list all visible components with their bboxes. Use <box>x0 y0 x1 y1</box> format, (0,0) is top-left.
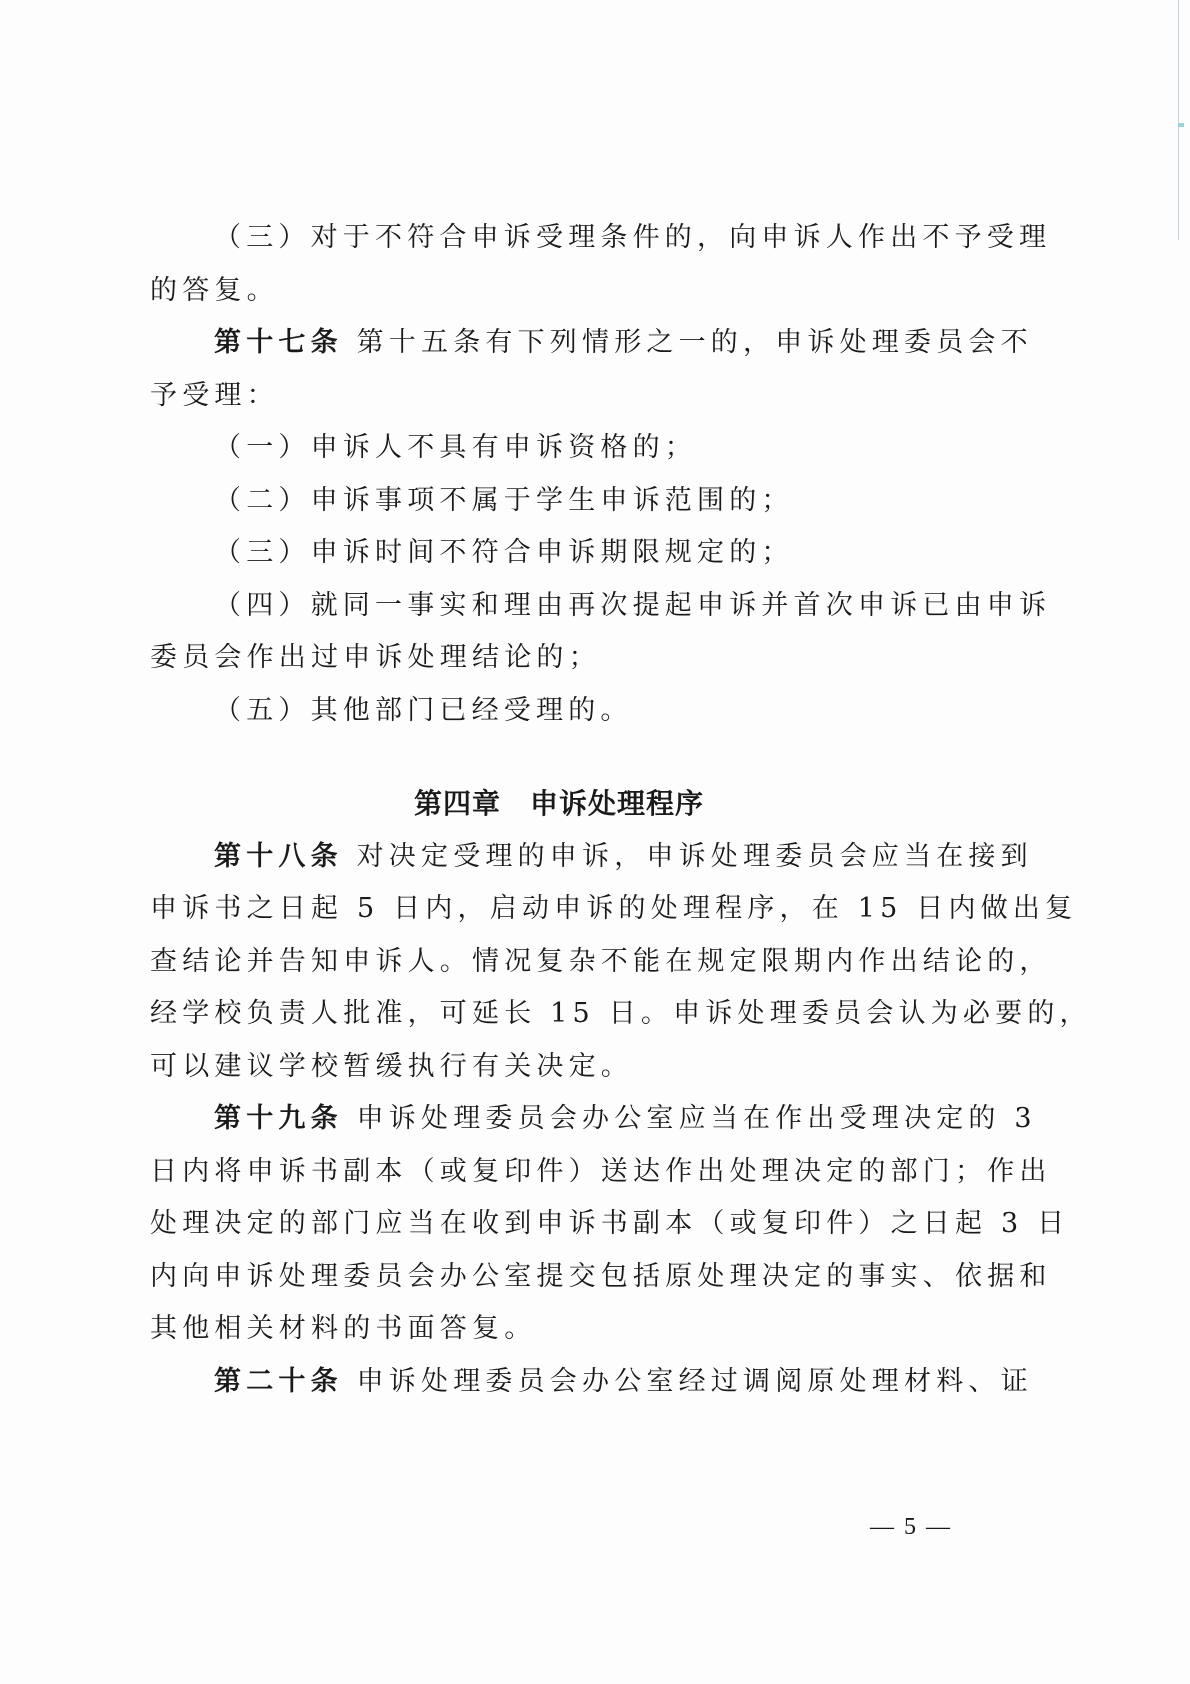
list-item-3: （三）申诉时间不符合申诉期限规定的； <box>150 527 968 580</box>
article-18-continuation: 可以建议学校暂缓执行有关决定。 <box>150 1041 968 1094</box>
chapter-heading: 第四章 申诉处理程序 <box>150 778 968 831</box>
article-18-line: 第十八条 对决定受理的申诉，申诉处理委员会应当在接到 <box>150 831 968 884</box>
article-number: 第十七条 <box>214 327 343 358</box>
article-19-line: 第十九条 申诉处理委员会办公室应当在作出受理决定的 3 <box>150 1093 968 1146</box>
list-item-2: （二）申诉事项不属于学生申诉范围的； <box>150 475 968 528</box>
article-18-continuation: 申诉书之日起 5 日内，启动申诉的处理程序，在 15 日内做出复 <box>150 883 968 936</box>
article-17-continuation: 予受理： <box>150 370 968 423</box>
scan-edge-mark <box>1178 123 1184 127</box>
article-19-continuation: 处理决定的部门应当在收到申诉书副本（或复印件）之日起 3 日 <box>150 1198 968 1251</box>
item-line: （三）对于不符合申诉受理条件的，向申诉人作出不予受理 <box>150 212 968 265</box>
article-text: 第十五条有下列情形之一的，申诉处理委员会不 <box>343 327 1033 358</box>
scan-edge-artifact <box>1178 0 1179 240</box>
body-text: （三）对于不符合申诉受理条件的，向申诉人作出不予受理 的答复。 第十七条 第十五… <box>150 212 968 1408</box>
article-18-continuation: 查结论并告知申诉人。情况复杂不能在规定限期内作出结论的， <box>150 936 968 989</box>
article-text: 申诉处理委员会办公室应当在作出受理决定的 3 <box>343 1103 1037 1134</box>
page-number: — 5 — <box>870 1514 952 1541</box>
article-18-continuation: 经学校负责人批准，可延长 15 日。申诉处理委员会认为必要的， <box>150 988 968 1041</box>
article-20-line: 第二十条 申诉处理委员会办公室经过调阅原处理材料、证 <box>150 1356 968 1409</box>
list-item-4: （四）就同一事实和理由再次提起申诉并首次申诉已由申诉 <box>150 580 968 633</box>
section-gap <box>150 737 968 778</box>
article-17-line: 第十七条 第十五条有下列情形之一的，申诉处理委员会不 <box>150 317 968 370</box>
article-19-continuation: 内向申诉处理委员会办公室提交包括原处理决定的事实、依据和 <box>150 1251 968 1304</box>
article-number: 第二十条 <box>214 1366 343 1397</box>
article-number: 第十八条 <box>214 841 343 872</box>
list-item-5: （五）其他部门已经受理的。 <box>150 685 968 738</box>
article-text: 申诉处理委员会办公室经过调阅原处理材料、证 <box>343 1366 1033 1397</box>
article-text: 对决定受理的申诉，申诉处理委员会应当在接到 <box>343 841 1033 872</box>
list-item-4-continuation: 委员会作出过申诉处理结论的； <box>150 632 968 685</box>
article-19-continuation: 其他相关材料的书面答复。 <box>150 1303 968 1356</box>
article-number: 第十九条 <box>214 1103 343 1134</box>
document-page: （三）对于不符合申诉受理条件的，向申诉人作出不予受理 的答复。 第十七条 第十五… <box>0 0 1190 1684</box>
article-19-continuation: 日内将申诉书副本（或复印件）送达作出处理决定的部门；作出 <box>150 1146 968 1199</box>
list-item-1: （一）申诉人不具有申诉资格的； <box>150 422 968 475</box>
item-line-continuation: 的答复。 <box>150 265 968 318</box>
